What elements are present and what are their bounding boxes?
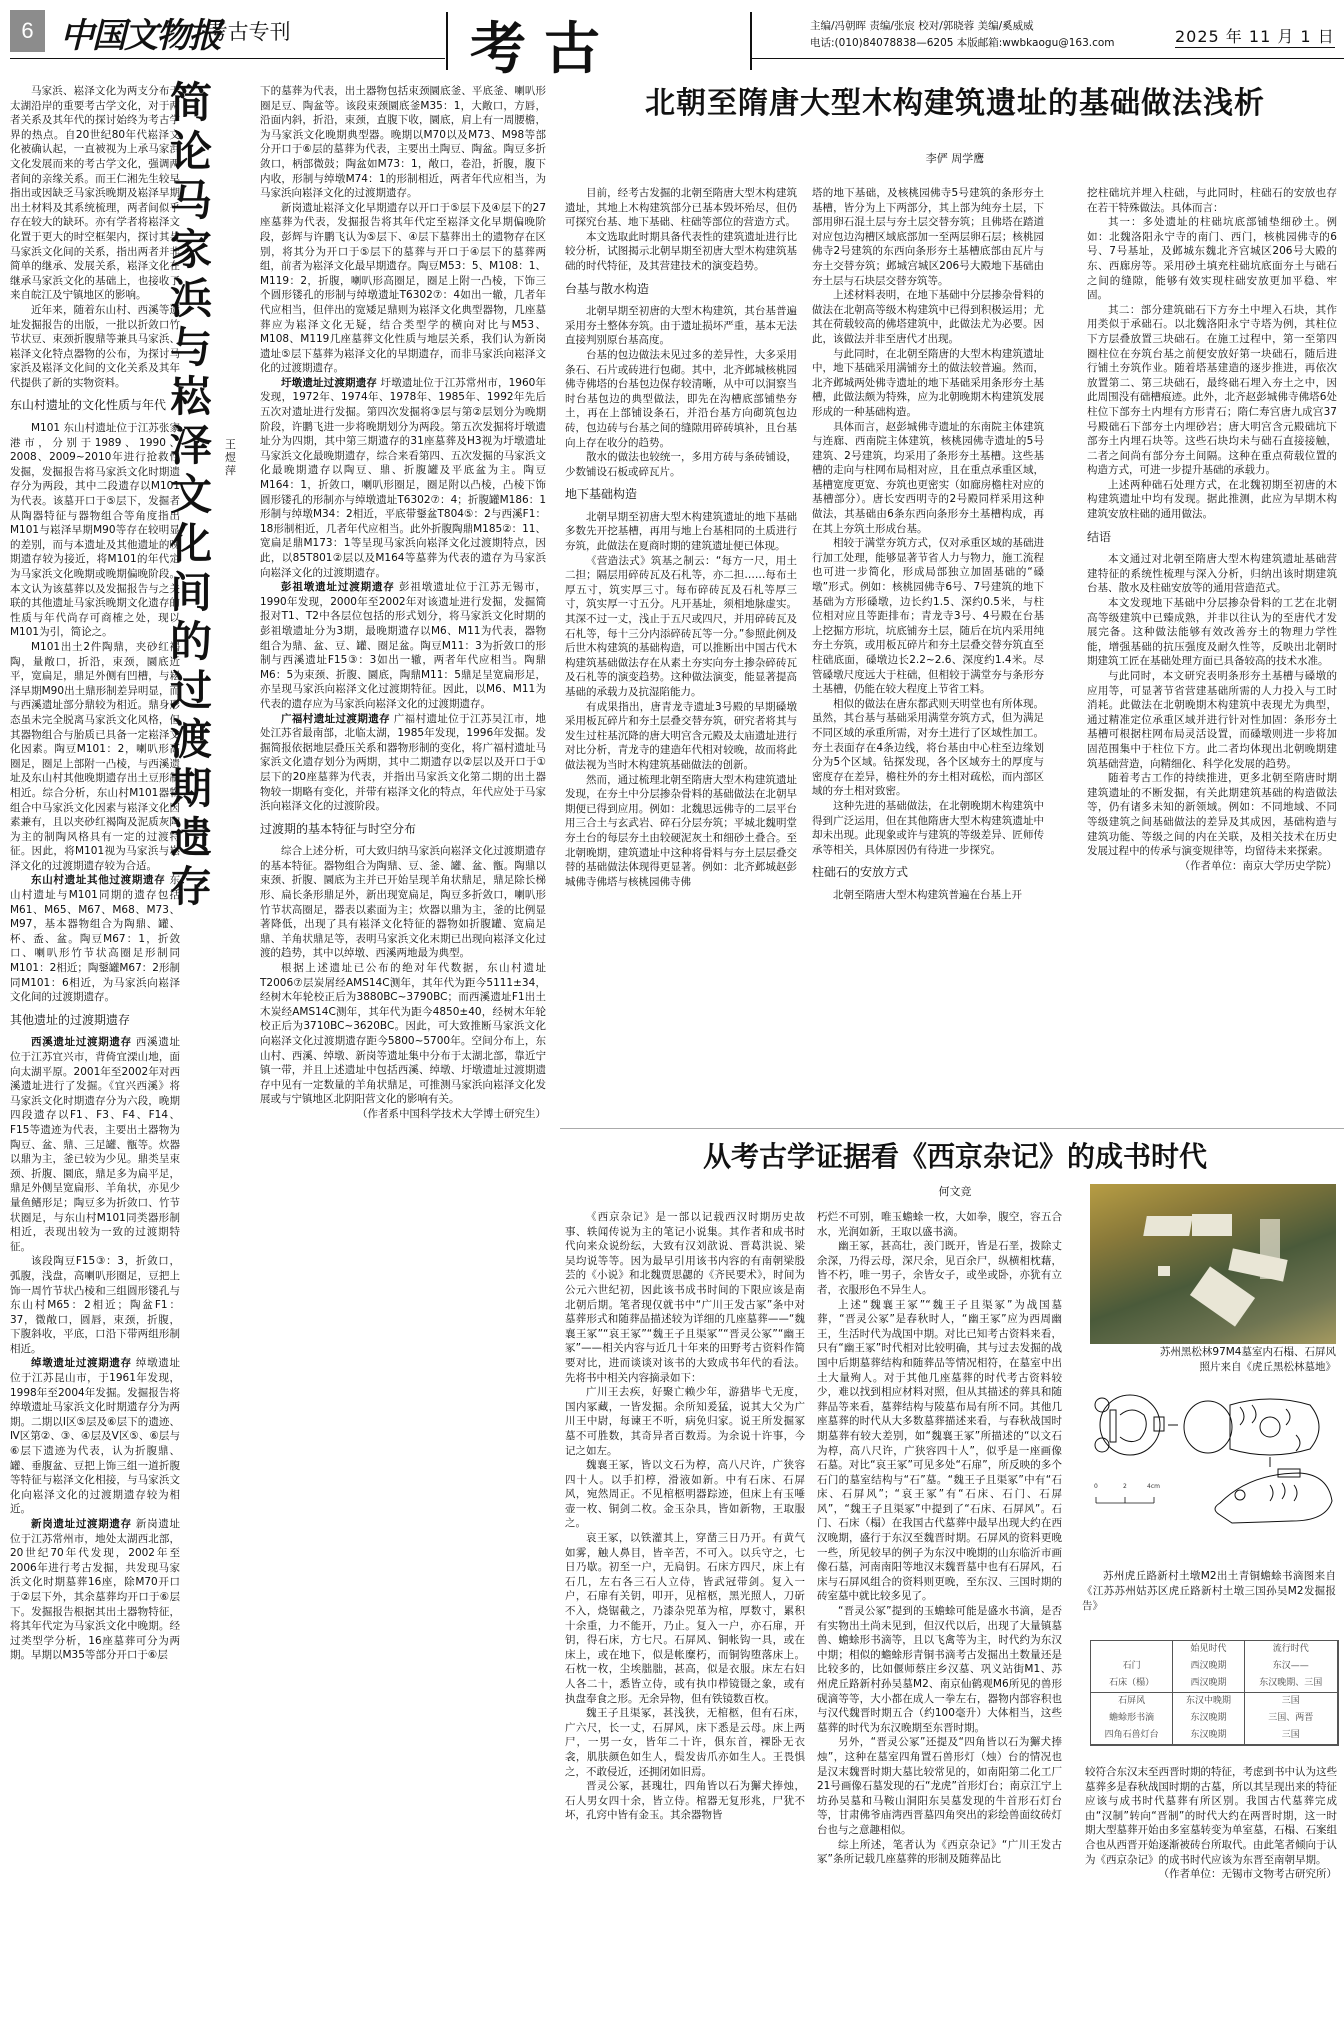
table-cell: 东汉晚期 bbox=[1173, 1727, 1244, 1744]
bronze-toad-water-dropper-drawing: 0 2 4cm bbox=[1090, 1385, 1336, 1535]
paragraph: 马家浜、崧泽文化为两支分布于太湖沿岸的重要考古学文化，对于两者关系及其年代的探讨… bbox=[10, 84, 180, 303]
paragraph: 与此同时，本文研究表明条形夯土基槽与磉墩的应用等，可显著节省营建基础所需的人力投… bbox=[1087, 669, 1337, 771]
section-heading: 台基与散水构造 bbox=[565, 282, 797, 297]
paragraph-text: 彭祖墩遗址位于江苏无锡市，1990年发现，2000年至2002年对该遗址进行发掘… bbox=[260, 581, 546, 710]
page-number: 6 bbox=[10, 10, 45, 52]
paragraph: 上述材料表明，在地下基础中分层掺杂骨料的做法在北朝高等级木构建筑中已得到积极运用… bbox=[812, 288, 1044, 346]
paragraph: “晋灵公冢”提到的玉蟾蜍可能是盛水书滴，是否有实物出土尚未见到，但汉代以后，出现… bbox=[817, 1604, 1062, 1735]
drawing-caption: 苏州虎丘路新村土墩M2出土青铜蟾蜍书滴图来自《江苏苏州姑苏区虎丘路新村土墩三国孙… bbox=[1082, 1569, 1336, 1614]
paragraph: 台基的包边做法未见过多的差异性，大多采用条石、石片或砖进行包砌。其中，北齐邺城核… bbox=[565, 348, 797, 450]
paragraph: 随着考古工作的持续推进，更多北朝至隋唐时期建筑遗址的不断发掘，有关此期建筑基础的… bbox=[1087, 771, 1337, 859]
table-cell: 东汉晚期 bbox=[1173, 1710, 1244, 1727]
paragraph: 根据上述遗址已公布的绝对年代数据，东山村遗址T2006⑦层炭屑经AMS14C测年… bbox=[260, 961, 546, 1107]
paragraph: 东山村遗址其他过渡期遗存 东山村遗址与M101同期的遗存包括M61、M65、M6… bbox=[10, 873, 180, 1004]
scale-label-2: 2 bbox=[1123, 1483, 1127, 1490]
table-cell: 石门 bbox=[1091, 1658, 1173, 1675]
tomb-chamber-photo bbox=[1090, 1184, 1336, 1344]
paragraph: 综合上述分析，可大致归纳马家浜向崧泽文化过渡期遗存的基本特征。器物组合为陶鼎、豆… bbox=[260, 844, 546, 961]
newspaper-logo: 中国文物报 bbox=[60, 8, 220, 57]
credits-contact: 电话:(010)84078838—6205 本版邮箱:wwbkaogu@163.… bbox=[810, 35, 1115, 52]
paragraph: 其二：部分建筑础石下方夯土中埋入石块，其作用类似于承础石。以北魏洛阳永宁寺塔为例… bbox=[1087, 303, 1337, 478]
table-row: 蟾蜍形书滴东汉晚期三国、两晋 bbox=[1091, 1710, 1337, 1727]
credits-editors: 主编/冯朝晖 责编/张宸 校对/郭晓蓉 美编/奚威威 bbox=[810, 18, 1115, 35]
paragraph: 魏襄王冢，皆以文石为椁，高八尺许，广狭容四十人。以手扪椁，滑液如新。中有石床、石… bbox=[565, 1458, 805, 1531]
table-row: 石床（榻）西汉晚期东汉晚期、三国 bbox=[1091, 1675, 1337, 1693]
masthead-divider bbox=[750, 12, 752, 70]
section-heading: 过渡期的基本特征与时空分布 bbox=[260, 822, 546, 837]
article1-title: 简论马家浜与崧泽文化间的过渡期遗存 bbox=[170, 78, 216, 911]
paragraph: 有成果指出，唐青龙寺遗址3号殿的早期磉墩采用板瓦碎片和夯土层叠交替夯筑，研究者将… bbox=[565, 700, 797, 773]
paragraph: 本文发现地下基础中分层掺杂骨料的工艺在北朝高等级建筑中已臻成熟，并非以往认为的至… bbox=[1087, 596, 1337, 669]
section-heading: 东山村遗址的文化性质与年代 bbox=[10, 398, 180, 413]
article2-column-1: 目前，经考古发掘的北朝至隋唐大型木构建筑遗址，其地上木构建筑部分已基本毁坏殆尽，… bbox=[565, 186, 797, 1136]
table-cell: 西汉晚期 bbox=[1173, 1675, 1244, 1693]
tomb-feature-dating-table: 始见时代流行时代石门西汉晚期东汉——石床（榻）西汉晚期东汉晚期、三国石屏风东汉中… bbox=[1090, 1640, 1339, 1746]
paragraph-lead: 广福村遗址过渡期遗存 bbox=[281, 713, 390, 725]
paragraph-lead: 圩墩遗址过渡期遗存 bbox=[281, 377, 377, 389]
paragraph: 晋灵公冢，甚瑰壮，四角皆以石为獬犬捧烛，石人男女四十余，皆立侍。棺器无复形兆，尸… bbox=[565, 1779, 805, 1823]
table-cell: 流行时代 bbox=[1244, 1641, 1337, 1658]
paragraph: 新岗遗址崧泽文化早期遗存以开口于⑤层下及④层下的27座墓葬为代表，发掘报告将其年… bbox=[260, 201, 546, 376]
author-affiliation: （作者单位：南京大学历史学院） bbox=[1087, 859, 1337, 874]
table-cell: 东汉中晚期 bbox=[1173, 1693, 1244, 1711]
author-affiliation: （作者单位：无锡市文物考古研究所） bbox=[1085, 1867, 1337, 1882]
table-cell: 三国 bbox=[1244, 1693, 1337, 1711]
table-row: 四角石兽灯台东汉晚期三国 bbox=[1091, 1727, 1337, 1744]
masthead-rule bbox=[752, 58, 1344, 59]
paragraph: 北朝早期至初唐的大型木构建筑，其台基普遍采用夯土整体夯筑。由于遗址损坏严重，基本… bbox=[565, 304, 797, 348]
paragraph: 彭祖墩遗址过渡期遗存 彭祖墩遗址位于江苏无锡市，1990年发现，2000年至20… bbox=[260, 580, 546, 711]
table-row: 石屏风东汉中晚期三国 bbox=[1091, 1693, 1337, 1711]
photo-caption-line2: 照片来自《虎丘黑松林墓地》 bbox=[1070, 1360, 1336, 1375]
paragraph: 西溪遗址过渡期遗存 西溪遗址位于江苏宜兴市，背倚宜溧山地，面向太湖平原。2001… bbox=[10, 1035, 180, 1254]
paragraph-text: 广福村遗址位于江苏吴江市，地处江苏省最南部，北临太湖，1985年发现，1996年… bbox=[260, 713, 546, 813]
photo-caption: 苏州黑松林97M4墓室内石榻、石屏风 照片来自《虎丘黑松林墓地》 bbox=[1070, 1345, 1336, 1375]
section-heading: 柱础石的安放方式 bbox=[812, 865, 1044, 880]
paragraph: 幽王冢，甚高壮，羡门既开，皆是石垩，拨除丈余深，乃得云母，深尺余，见百余尸，纵横… bbox=[817, 1239, 1062, 1297]
author-affiliation: （作者系中国科学技术大学博士研究生） bbox=[260, 1107, 546, 1122]
paragraph-text: 圩墩遗址位于江苏常州市，1960年发现，1972年、1974年、1978年、19… bbox=[260, 377, 546, 579]
table-cell: 石床（榻） bbox=[1091, 1675, 1173, 1693]
article2-authors: 李俨 周学鹰 bbox=[570, 150, 1340, 166]
paragraph: M101 东山村遗址位于江苏张家港市，分别于1989、1990、2008、200… bbox=[10, 421, 180, 640]
paragraph-text: 西溪遗址位于江苏宜兴市，背倚宜溧山地，面向太湖平原。2001年至2002年对西溪… bbox=[10, 1036, 180, 1252]
scale-bar bbox=[1096, 1497, 1154, 1503]
paragraph: 然而，通过梳理北朝至隋唐大型木构建筑遗址发现，在夯土中分层掺杂骨料的基础做法在北… bbox=[565, 773, 797, 890]
table-cell: 西汉晚期 bbox=[1173, 1658, 1244, 1675]
article3-column-3: 较符合东汉末至西晋时期的特征，考虑到书中认为这些墓葬多是春秋战国时期的古墓，所以… bbox=[1085, 1765, 1337, 2035]
paragraph: 圩墩遗址过渡期遗存 圩墩遗址位于江苏常州市，1960年发现，1972年、1974… bbox=[260, 376, 546, 580]
article2-column-3: 挖柱础坑并埋入柱础，与此同时，柱础石的安放也存在若干特殊做法。具体而言：其一：多… bbox=[1087, 186, 1337, 1136]
paragraph: 该段陶豆F15③：3，折敛口，弧腹，浅盘，高喇叭形圈足，豆把上饰一周竹节状凸棱和… bbox=[10, 1254, 180, 1356]
paragraph: 具体而言，赵彭城佛寺遗址的东南院主体建筑与连廊、西南院主体建筑，核桃园佛寺遗址的… bbox=[812, 420, 1044, 537]
paragraph: 塔的地下基础，及核桃园佛寺5号建筑的条形夯土基槽，皆分为上下两部分，其上部为纯夯… bbox=[812, 186, 1044, 288]
article3-column-1: 《西京杂记》是一部以记载西汉时期历史故事、轶闻传说为主的笔记小说集。其作者和成书… bbox=[565, 1210, 805, 2035]
photo-caption-line1: 苏州黑松林97M4墓室内石榻、石屏风 bbox=[1070, 1345, 1336, 1360]
section-title: 考古 bbox=[470, 5, 618, 85]
section-heading: 其他遗址的过渡期遗存 bbox=[10, 1013, 180, 1028]
paragraph-lead: 绰墩遗址过渡期遗存 bbox=[31, 1357, 132, 1369]
paragraph: 综上所述，笔者认为《西京杂记》“广川王发古冢”条所记载几座墓葬的形制及随葬品比 bbox=[817, 1838, 1062, 1867]
paragraph-lead: 彭祖墩遗址过渡期遗存 bbox=[281, 581, 395, 593]
drawing-side-view bbox=[1215, 1469, 1332, 1523]
paragraph: 本文选取此时期具备代表性的建筑遗址进行比较分析，试图揭示北朝早期至初唐大型木构建… bbox=[565, 230, 797, 274]
table-cell: 四角石兽灯台 bbox=[1091, 1727, 1173, 1744]
paragraph: 北朝至隋唐大型木构建筑普遍在台基上开 bbox=[812, 888, 1044, 903]
paragraph: 广福村遗址过渡期遗存 广福村遗址位于江苏吴江市，地处江苏省最南部，北临太湖，19… bbox=[260, 712, 546, 814]
scale-label-0: 0 bbox=[1094, 1483, 1098, 1490]
paragraph: 广川王去疾，好聚亡赖少年，游猎毕弋无度，国内冢藏，一皆发掘。余所知爰猛，说其大父… bbox=[565, 1385, 805, 1458]
table-row: 石门西汉晚期东汉—— bbox=[1091, 1658, 1337, 1675]
table-cell: 石屏风 bbox=[1091, 1693, 1173, 1711]
paragraph: 相较于满堂夯筑方式，仅对承重区域的基础进行加工处理，能够显著节省人力与物力，施工… bbox=[812, 536, 1044, 697]
paragraph: 魏王子且渠冢，甚浅狭，无棺柩，但有石床，广六尺，长一丈，石屏风，床下悉是云母。床… bbox=[565, 1706, 805, 1779]
paragraph: 《营造法式》筑基之制云：“每方一尺，用土二担；隔层用碎砖瓦及石札等，亦二担……每… bbox=[565, 554, 797, 700]
article3-title: 从考古学证据看《西京杂记》的成书时代 bbox=[570, 1135, 1340, 1175]
drawing-front-view bbox=[1095, 1395, 1164, 1455]
issue-date: 2025 年 11 月 1 日 bbox=[1175, 24, 1335, 48]
paragraph: 其一：多处遗址的柱础坑底部铺垫细砂土。例如：北魏洛阳永宁寺的南门、西门，核桃园佛… bbox=[1087, 215, 1337, 303]
paragraph: 散水的做法也较统一，多用方砖与条砖铺设，少数铺设石板或碎瓦片。 bbox=[565, 450, 797, 479]
paragraph: M101出土2件陶鼎，夹砂红褐陶，量敞口，折沿，束颈，圜底近平，宽扁足，鼎足外侧… bbox=[10, 640, 180, 874]
table-cell: 始见时代 bbox=[1173, 1641, 1244, 1658]
paragraph: 较符合东汉末至西晋时期的特征，考虑到书中认为这些墓葬多是春秋战国时期的古墓，所以… bbox=[1085, 1765, 1337, 1867]
paragraph: 下的墓葬为代表，出土器物包括束颈圜底釜、平底釜、喇叭形圈足豆、陶盆等。该段束颈圜… bbox=[260, 84, 546, 201]
paragraph-text: 绰墩遗址位于江苏昆山市，于1961年发现，1998年至2004年发掘。发掘报告将… bbox=[10, 1357, 180, 1515]
paragraph-lead: 西溪遗址过渡期遗存 bbox=[31, 1036, 132, 1048]
paragraph: 绰墩遗址过渡期遗存 绰墩遗址位于江苏昆山市，于1961年发现，1998年至200… bbox=[10, 1356, 180, 1517]
section-heading: 地下基础构造 bbox=[565, 487, 797, 502]
drawing-top-view bbox=[1184, 1399, 1319, 1455]
table-header-row: 始见时代流行时代 bbox=[1091, 1641, 1337, 1658]
article2-column-2: 塔的地下基础，及核桃园佛寺5号建筑的条形夯土基槽，皆分为上下两部分，其上部为纯夯… bbox=[812, 186, 1044, 1136]
article-divider bbox=[560, 1128, 1344, 1129]
table-cell: 东汉晚期、三国 bbox=[1244, 1675, 1337, 1693]
article1-column-2: 下的墓葬为代表，出土器物包括束颈圜底釜、平底釜、喇叭形圈足豆、陶盆等。该段束颈圜… bbox=[260, 84, 546, 2034]
paragraph: 朽烂不可别，唯玉蟾蜍一枚，大如拳，腹空，容五合水，光润如新，王取以盛书滴。 bbox=[817, 1210, 1062, 1239]
paragraph: 目前，经考古发掘的北朝至隋唐大型木构建筑遗址，其地上木构建筑部分已基本毁坏殆尽，… bbox=[565, 186, 797, 230]
paragraph: 北朝早期至初唐大型木构建筑遗址的地下基础多数先开挖基槽，再用与地上台基相同的土质… bbox=[565, 510, 797, 554]
paragraph: 上述“魏襄王冢”“魏王子且渠冢”为战国墓葬，“晋灵公冢”是春秋时人，“幽王冢”应… bbox=[817, 1298, 1062, 1604]
paragraph: 哀王冢，以铁灌其上，穿凿三日乃开。有黄气如雾，触人鼻目，皆辛苦，不可入。以兵守之… bbox=[565, 1531, 805, 1706]
table-cell: 蟾蜍形书滴 bbox=[1091, 1710, 1173, 1727]
article1-column-1: 马家浜、崧泽文化为两支分布于太湖沿岸的重要考古学文化，对于两者关系及其年代的探讨… bbox=[10, 84, 180, 2034]
paragraph: 与此同时，在北朝至隋唐的大型木构建筑遗址中，地下基础采用满铺夯土的做法较普遍。然… bbox=[812, 347, 1044, 420]
paragraph-text: 东山村遗址与M101同期的遗存包括M61、M65、M67、M68、M73、M97… bbox=[10, 874, 180, 1003]
table-cell bbox=[1091, 1641, 1173, 1658]
article2-title: 北朝至隋唐大型木构建筑遗址的基础做法浅析 bbox=[570, 78, 1340, 122]
paragraph: 另外，“晋灵公冢”还提及“四角皆以石为獬犬捧烛”，这种在墓室四角置石兽形灯（烛）… bbox=[817, 1735, 1062, 1837]
article1-author: 王煜萍 bbox=[225, 438, 239, 477]
table-cell: 东汉—— bbox=[1244, 1658, 1337, 1675]
paragraph-text: 新岗遗址位于江苏常州市，地处太湖西北部，20世纪70年代发现，2002年至200… bbox=[10, 1518, 180, 1661]
section-heading: 结语 bbox=[1087, 530, 1337, 545]
editorial-credits: 主编/冯朝晖 责编/张宸 校对/郭晓蓉 美编/奚威威 电话:(010)84078… bbox=[810, 18, 1115, 52]
table-cell: 三国、两晋 bbox=[1244, 1710, 1337, 1727]
masthead-rule bbox=[10, 58, 445, 59]
paragraph: 本文通过对北朝至隋唐大型木构建筑遗址基础营建特征的系统性梳理与深入分析，归纳出该… bbox=[1087, 552, 1337, 596]
paragraph: 相似的做法在唐东都武则天明堂也有所体现。虽然，其台基与基础采用满堂夯筑方式，但为… bbox=[812, 697, 1044, 799]
paragraph: 新岗遗址过渡期遗存 新岗遗址位于江苏常州市，地处太湖西北部，20世纪70年代发现… bbox=[10, 1517, 180, 1663]
article3-column-2: 朽烂不可别，唯玉蟾蜍一枚，大如拳，腹空，容五合水，光润如新，王取以盛书滴。幽王冢… bbox=[817, 1210, 1062, 2035]
paragraph: 这种先进的基础做法，在北朝晚期木构建筑中得到广泛运用，但在其他隋唐大型木构建筑遗… bbox=[812, 799, 1044, 857]
scale-label-4cm: 4cm bbox=[1147, 1483, 1160, 1490]
paragraph-lead: 新岗遗址过渡期遗存 bbox=[31, 1518, 132, 1530]
masthead-divider bbox=[446, 12, 448, 70]
edition-label: ·考古专刊 bbox=[200, 16, 291, 46]
paragraph: 近年来，随着东山村、西溪等遗址发掘报告的出版，一批以折敛口竹节状豆、束颈折腹鼎等… bbox=[10, 303, 180, 391]
paragraph: 《西京杂记》是一部以记载西汉时期历史故事、轶闻传说为主的笔记小说集。其作者和成书… bbox=[565, 1210, 805, 1385]
table-cell: 三国 bbox=[1244, 1727, 1337, 1744]
paragraph: 上述两种础石处理方式，在北魏初期至初唐的木构建筑遗址中均有发现。据此推测，此应为… bbox=[1087, 478, 1337, 522]
paragraph-lead: 东山村遗址其他过渡期遗存 bbox=[31, 874, 165, 886]
paragraph: 挖柱础坑并埋入柱础，与此同时，柱础石的安放也存在若干特殊做法。具体而言： bbox=[1087, 186, 1337, 215]
